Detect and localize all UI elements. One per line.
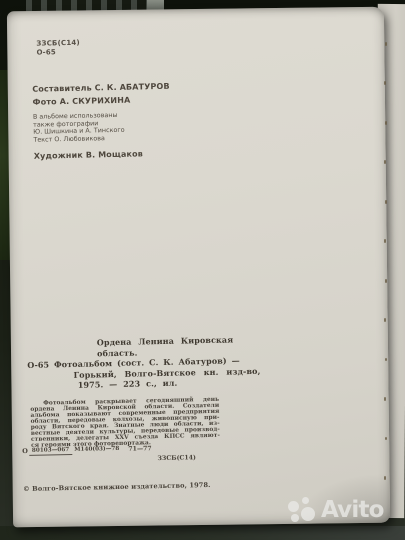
avito-logo-icon	[288, 494, 318, 526]
credits-block: Составитель С. К. АБАТУРОВ Фото А. СКУРИ…	[32, 81, 171, 161]
avito-watermark: Avito	[288, 494, 384, 526]
book-page: ЗЗСБ(С14) О-65 Составитель С. К. АБАТУРО…	[7, 7, 390, 528]
imprint-fraction: 80103—067 М140(03)—78	[29, 445, 120, 454]
code-line: О-65	[36, 47, 80, 56]
library-classification-code: ЗЗСБ(С14) О-65	[36, 39, 80, 57]
imprint-prefix: О	[22, 447, 28, 455]
stitch-dot	[384, 476, 387, 480]
stitch-dot	[384, 239, 387, 243]
artist-credit: Художник В. Мощаков	[34, 149, 172, 161]
credit-line: Текст О. Любовикова	[33, 134, 171, 145]
page-content: ЗЗСБ(С14) О-65 Составитель С. К. АБАТУРО…	[5, 5, 393, 529]
stitch-dot	[384, 160, 387, 164]
imprint-years: 71—77	[128, 445, 152, 453]
book-photo-scene: ЗЗСБ(С14) О-65 Составитель С. К. АБАТУРО…	[0, 0, 405, 540]
imprint-denominator: М140(03)—78	[74, 444, 119, 452]
photographer-credit: Фото А. СКУРИХИНА	[32, 93, 170, 108]
stitch-dot	[385, 200, 388, 204]
annotation-block: Фотоальбом раскрывает сегодняшний день о…	[30, 397, 220, 449]
stitch-dot	[385, 279, 388, 283]
imprint-numerator: 80103—067	[29, 446, 73, 455]
binding-stitches	[383, 42, 387, 480]
imprint-classification-code: ЗЗСБ(С14)	[157, 454, 196, 462]
imprint-formula: О 80103—067 М140(03)—78 71—77	[22, 444, 152, 455]
stitch-dot	[385, 437, 388, 441]
stitch-dot	[385, 121, 388, 125]
stitch-dot	[385, 42, 388, 46]
stitch-dot	[384, 318, 387, 322]
code-line: ЗЗСБ(С14)	[36, 39, 80, 48]
avito-wordmark: Avito	[321, 497, 384, 523]
additional-credits: В альбоме использованы также фотографии …	[33, 111, 171, 144]
stitch-dot	[384, 397, 387, 401]
stitch-dot	[384, 81, 387, 85]
stitch-dot	[385, 358, 388, 362]
copyright-line: © Волго-Вятское книжное издательство, 19…	[23, 481, 211, 493]
catalog-card-block: Ордена Ленина Кировская область. О-65 Фо…	[27, 334, 268, 392]
